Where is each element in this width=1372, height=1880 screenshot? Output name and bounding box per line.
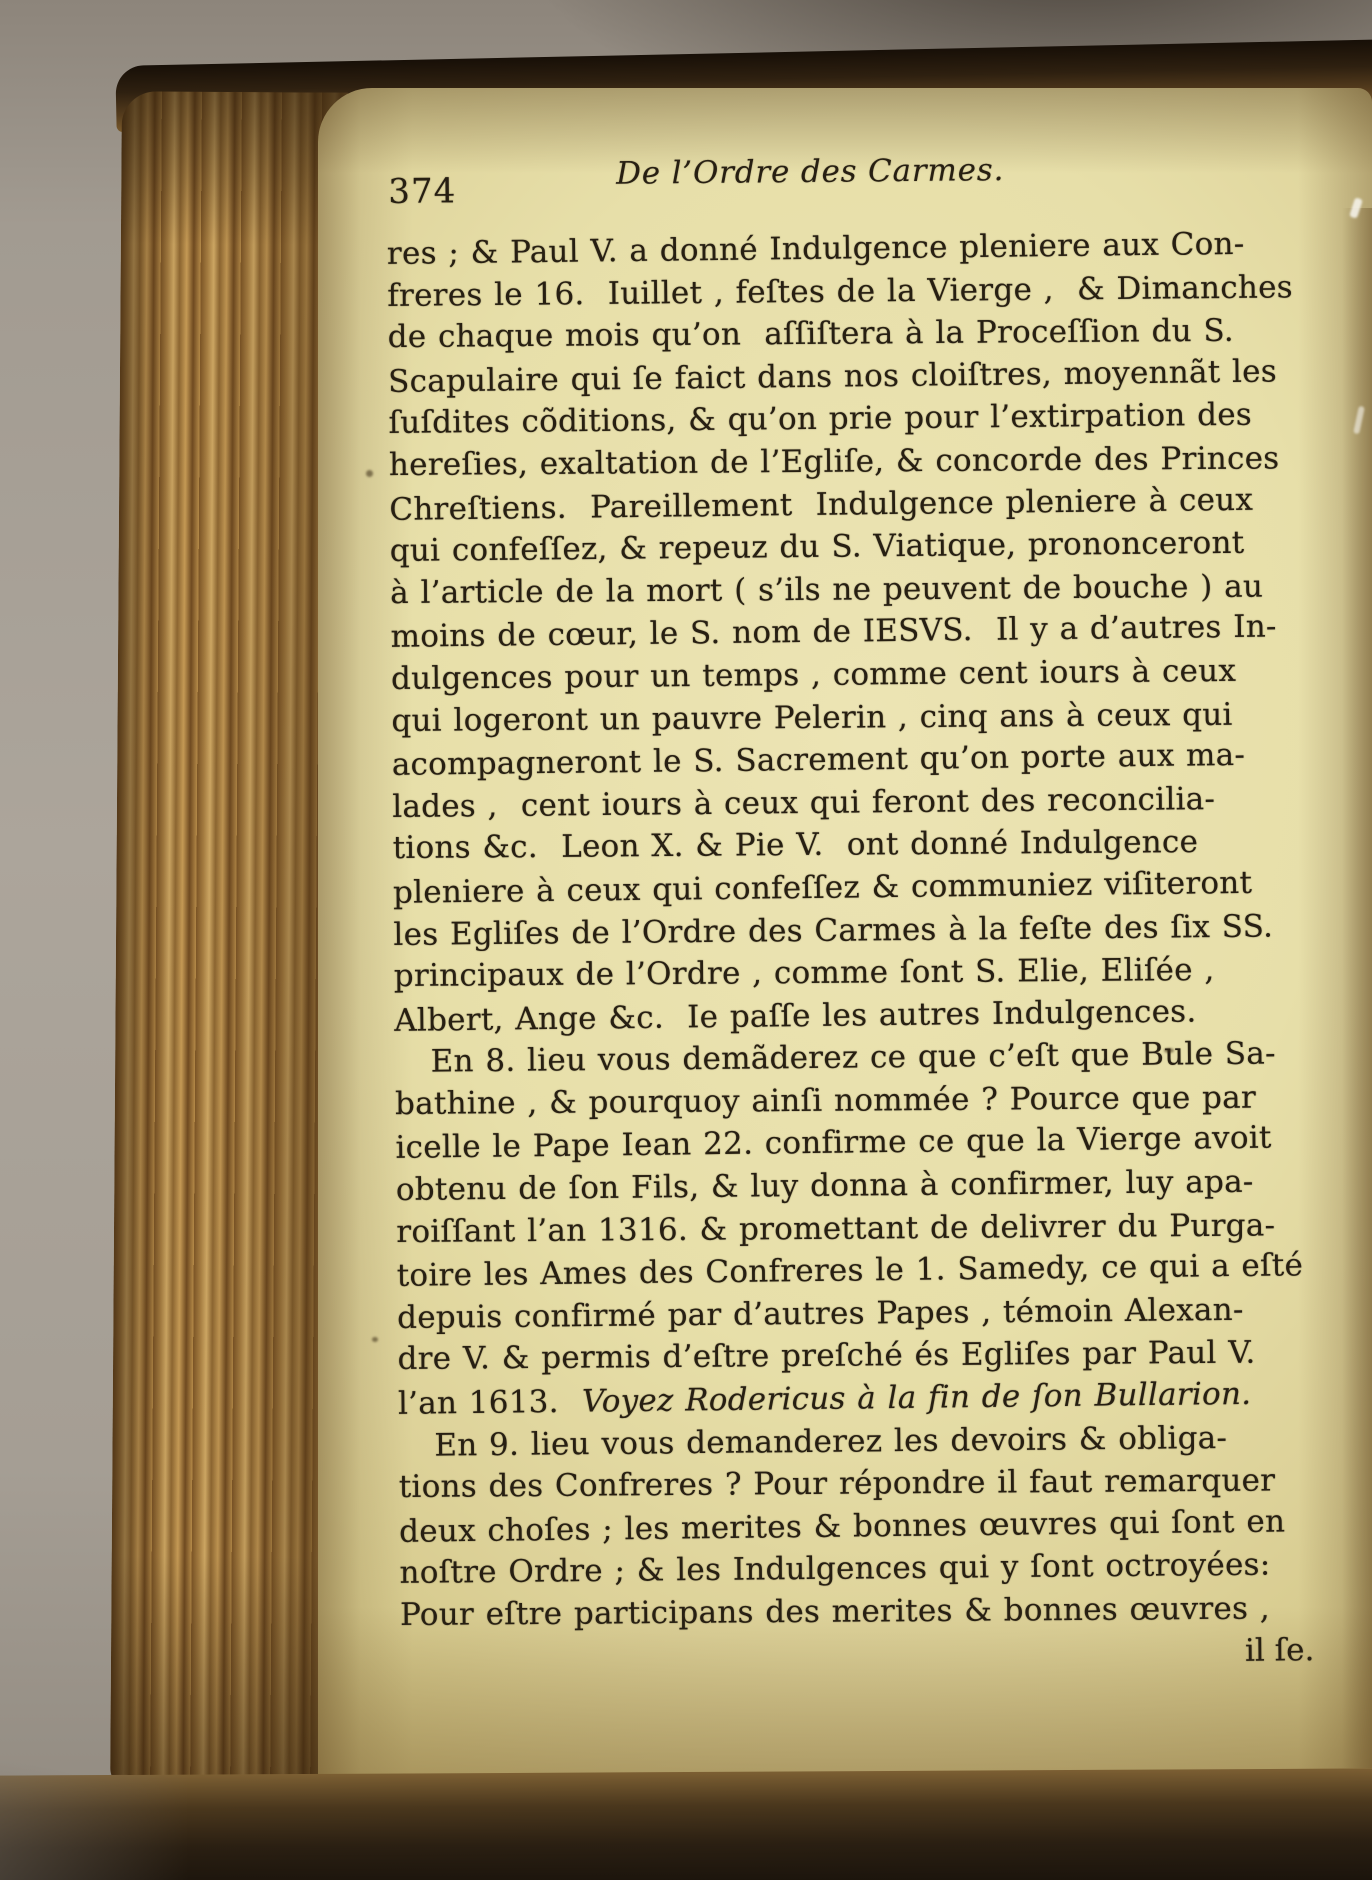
paper-speck <box>366 470 373 477</box>
text-line: lades , cent iours à ceux qui feront des… <box>392 778 1240 829</box>
page-header: 374 De l’Ordre des Carmes. <box>386 150 1235 232</box>
book-bottom-edge <box>0 1768 1372 1880</box>
printed-text-block: 374 De l’Ordre des Carmes. res ; & Paul … <box>386 150 1249 1680</box>
paper-speck <box>1164 1048 1174 1053</box>
book-photo: 374 De l’Ordre des Carmes. res ; & Paul … <box>0 0 1372 1880</box>
text-line: freres le 16. Iuillet , feſtes de la Vie… <box>387 266 1235 317</box>
catchword: il ſe. <box>466 1629 1314 1680</box>
page-stack-fore-edge <box>110 91 348 1795</box>
text-line: obtenu de ſon Fils, & luy donna à confir… <box>396 1161 1244 1212</box>
text-line: principaux de l’Ordre , comme ſont S. El… <box>394 949 1242 998</box>
text-line: dulgences pour un temps , comme cent iou… <box>391 650 1239 701</box>
running-title: De l’Ordre des Carmes. <box>616 152 1004 192</box>
body-lines: res ; & Paul V. a donné Indulgence pleni… <box>387 224 1248 1638</box>
page-number: 374 <box>388 171 456 212</box>
paper-speck <box>372 1337 378 1342</box>
text-line: En 9. lieu vous demanderez les devoirs &… <box>398 1416 1246 1467</box>
text-line: hereſies, exaltation de l’Egliſe, & conc… <box>389 438 1237 487</box>
page-right-fold <box>1342 208 1372 1768</box>
text-line: Pour eſtre participans des merites & bon… <box>400 1588 1248 1637</box>
